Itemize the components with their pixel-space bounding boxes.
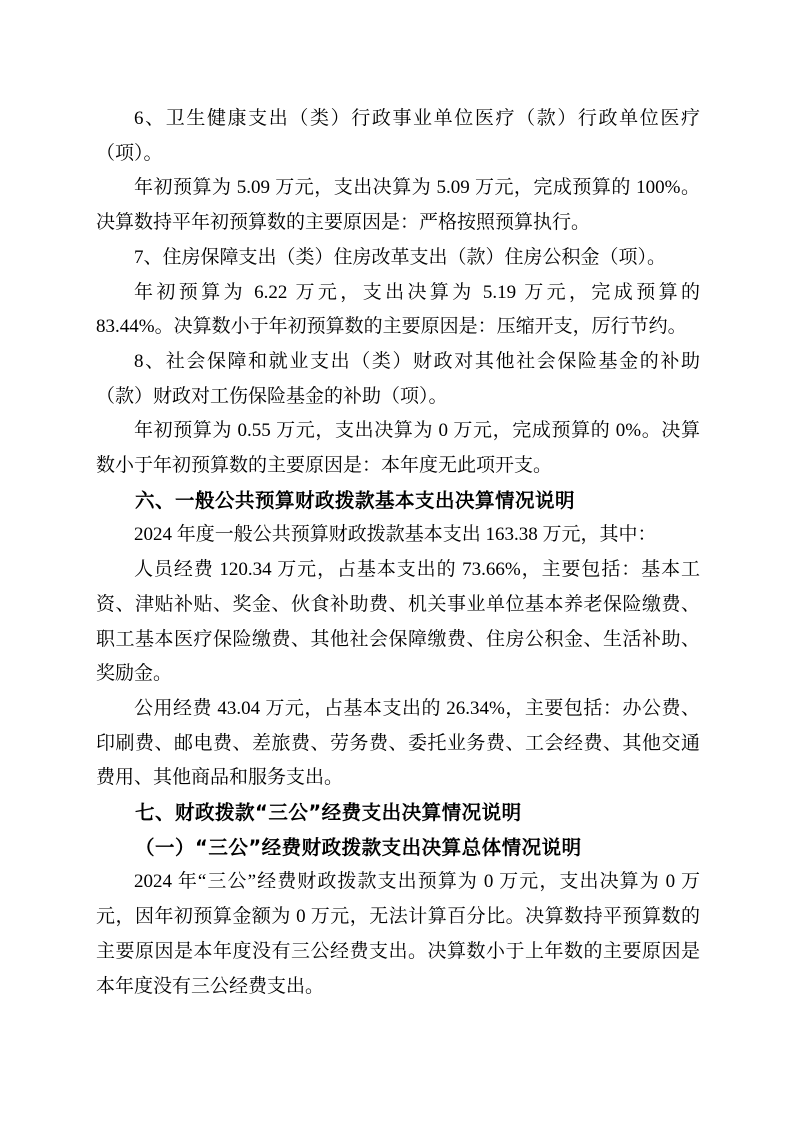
para-three-public-funds-detail: 2024 年“三公”经费财政拨款支出预算为 0 万元，支出决算为 0 万元，因年…: [96, 865, 700, 1004]
para-housing-expenditure-detail: 年初预算为 6.22 万元，支出决算为 5.19 万元，完成预算的 83.44%…: [96, 276, 700, 345]
para-housing-expenditure-title: 7、住房保障支出（类）住房改革支出（款）住房公积金（项）。: [96, 241, 700, 276]
document-page: 6、卫生健康支出（类）行政事业单位医疗（款）行政单位医疗（项）。 年初预算为 5…: [96, 102, 700, 1004]
para-health-expenditure-detail: 年初预算为 5.09 万元，支出决算为 5.09 万元，完成预算的 100%。决…: [96, 171, 700, 240]
para-basic-expenditure-total: 2024 年度一般公共预算财政拨款基本支出 163.38 万元，其中：: [96, 518, 700, 553]
para-social-security-title: 8、社会保障和就业支出（类）财政对其他社会保险基金的补助（款）财政对工伤保险基金…: [96, 345, 700, 414]
heading-section-7-three-public-funds: 七、财政拨款“三公”经费支出决算情况说明: [96, 796, 700, 831]
para-public-funds: 公用经费 43.04 万元，占基本支出的 26.34%，主要包括：办公费、印刷费…: [96, 692, 700, 796]
para-personnel-funds: 人员经费 120.34 万元，占基本支出的 73.66%，主要包括：基本工资、津…: [96, 553, 700, 692]
heading-three-public-funds-overview: （一）“三公”经费财政拨款支出决算总体情况说明: [96, 831, 700, 866]
document-viewport: { "page": { "background_color": "#ffffff…: [0, 0, 793, 1122]
para-social-security-detail: 年初预算为 0.55 万元，支出决算为 0 万元，完成预算的 0%。决算数小于年…: [96, 414, 700, 483]
para-health-expenditure-title: 6、卫生健康支出（类）行政事业单位医疗（款）行政单位医疗（项）。: [96, 102, 700, 171]
heading-section-6-basic-expenditure: 六、一般公共预算财政拨款基本支出决算情况说明: [96, 484, 700, 519]
